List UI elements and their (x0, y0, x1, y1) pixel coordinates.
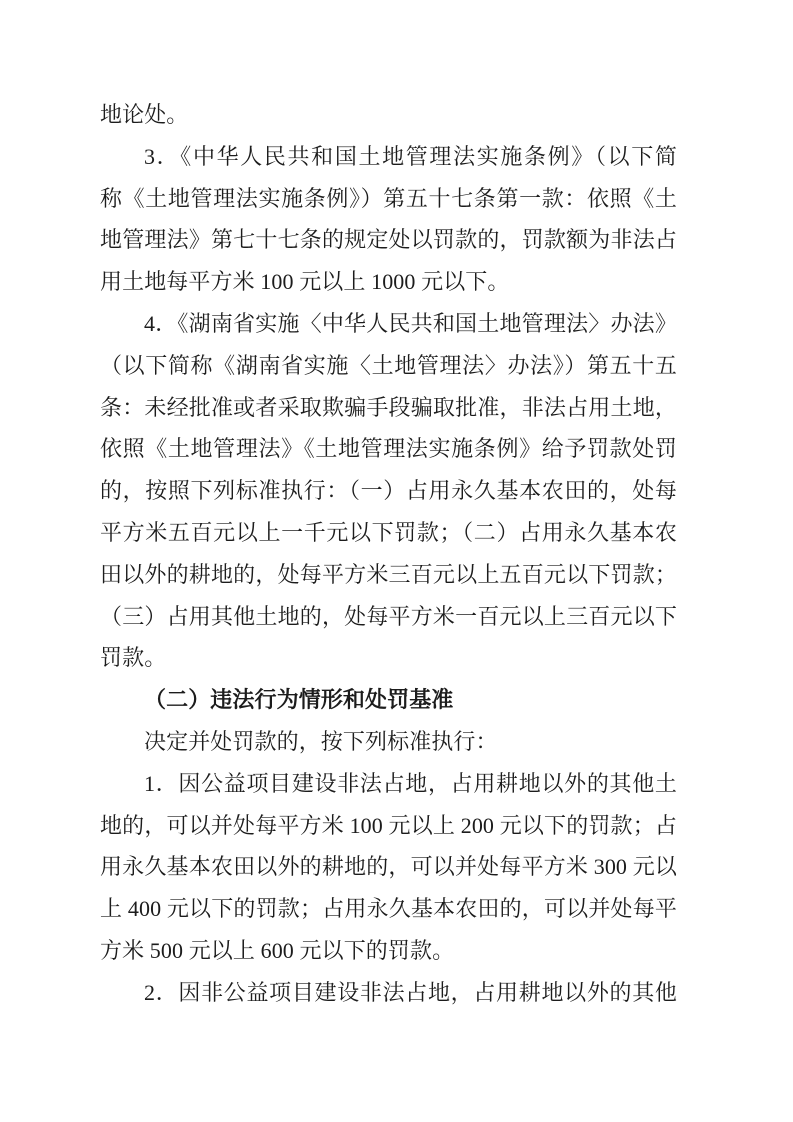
paragraph-item-2-line-1: 2．因非公益项目建设非法占地，占用耕地以外的其他 (100, 972, 677, 1014)
paragraph-item-1-line-5: 方米 500 元以上 600 元以下的罚款。 (100, 930, 677, 972)
paragraph-item-4-line-1: 4．《湖南省实施〈中华人民共和国土地管理法〉办法》 (100, 303, 677, 345)
paragraph-item-4-line-7: 田以外的耕地的，处每平方米三百元以上五百元以下罚款； (100, 554, 677, 596)
paragraph-continuation-top: 地论处。 (100, 94, 677, 136)
document-body: 地论处。3．《中华人民共和国土地管理法实施条例》（以下简称《土地管理法实施条例》… (100, 94, 677, 1014)
paragraph-item-4-line-2: （以下简称《湖南省实施〈土地管理法〉办法》）第五十五 (100, 345, 677, 387)
paragraph-item-1-line-2: 地的，可以并处每平方米 100 元以上 200 元以下的罚款；占 (100, 805, 677, 847)
document-page: 地论处。3．《中华人民共和国土地管理法实施条例》（以下简称《土地管理法实施条例》… (0, 0, 793, 1122)
paragraph-item-4-line-6: 平方米五百元以上一千元以下罚款；（二）占用永久基本农 (100, 512, 677, 554)
paragraph-item-3-line-2: 称《土地管理法实施条例》）第五十七条第一款：依照《土 (100, 178, 677, 220)
paragraph-item-3-line-1: 3．《中华人民共和国土地管理法实施条例》（以下简 (100, 136, 677, 178)
section-heading-2: （二）违法行为情形和处罚基准 (100, 679, 677, 721)
section-heading-2-line-1: （二）违法行为情形和处罚基准 (100, 679, 677, 721)
paragraph-item-1-line-1: 1．因公益项目建设非法占地，占用耕地以外的其他土 (100, 763, 677, 805)
paragraph-item-4-line-8: （三）占用其他土地的，处每平方米一百元以上三百元以下 (100, 596, 677, 638)
paragraph-intro-standards-line-1: 决定并处罚款的，按下列标准执行： (100, 721, 677, 763)
paragraph-item-1-line-4: 上 400 元以下的罚款；占用永久基本农田的，可以并处每平 (100, 888, 677, 930)
paragraph-item-4-line-4: 依照《土地管理法》《土地管理法实施条例》给予罚款处罚 (100, 428, 677, 470)
paragraph-continuation-top-line-1: 地论处。 (100, 94, 677, 136)
paragraph-item-4-line-5: 的，按照下列标准执行：（一）占用永久基本农田的，处每 (100, 470, 677, 512)
paragraph-intro-standards: 决定并处罚款的，按下列标准执行： (100, 721, 677, 763)
paragraph-item-3-line-3: 地管理法》第七十七条的规定处以罚款的，罚款额为非法占 (100, 219, 677, 261)
paragraph-item-1-line-3: 用永久基本农田以外的耕地的，可以并处每平方米 300 元以 (100, 846, 677, 888)
paragraph-item-4-line-9: 罚款。 (100, 637, 677, 679)
paragraph-item-4-line-3: 条：未经批准或者采取欺骗手段骗取批准，非法占用土地， (100, 387, 677, 429)
paragraph-item-3-line-4: 用土地每平方米 100 元以上 1000 元以下。 (100, 261, 677, 303)
paragraph-item-1: 1．因公益项目建设非法占地，占用耕地以外的其他土地的，可以并处每平方米 100 … (100, 763, 677, 972)
paragraph-item-3: 3．《中华人民共和国土地管理法实施条例》（以下简称《土地管理法实施条例》）第五十… (100, 136, 677, 303)
paragraph-item-2: 2．因非公益项目建设非法占地，占用耕地以外的其他 (100, 972, 677, 1014)
paragraph-item-4: 4．《湖南省实施〈中华人民共和国土地管理法〉办法》（以下简称《湖南省实施〈土地管… (100, 303, 677, 679)
